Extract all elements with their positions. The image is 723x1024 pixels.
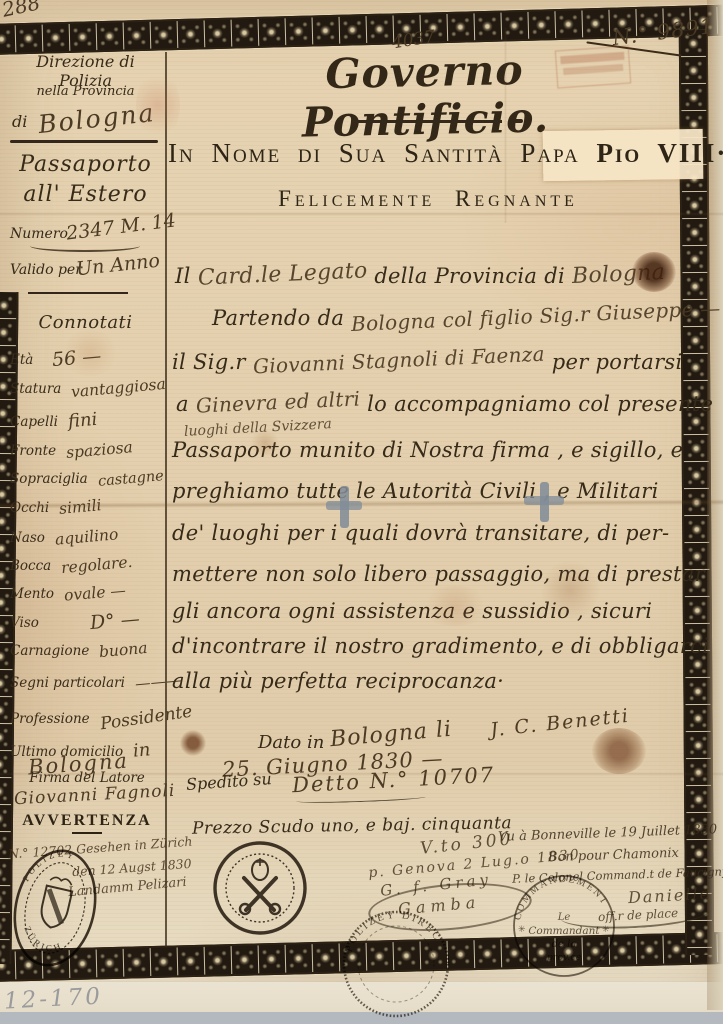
ink-blot-3 bbox=[180, 730, 206, 756]
body-line-11: alla più perfetta reciprocanza· bbox=[172, 669, 504, 693]
tape-repair-left-h bbox=[326, 501, 362, 510]
sidebar-rule-2 bbox=[28, 292, 128, 294]
faded-stamp-smudge2 bbox=[563, 64, 623, 75]
pencil-number: 12-170 bbox=[3, 983, 103, 1014]
trait-row-naso: Naso aquilino bbox=[10, 527, 162, 546]
zurich-stamp-bottom-text: ZÜRICH bbox=[18, 923, 68, 957]
avvertenza-title: AVVERTENZA bbox=[8, 812, 166, 830]
ink-blot-1 bbox=[632, 252, 676, 292]
bologna-police-stamp bbox=[212, 840, 308, 936]
title-rule-dot bbox=[514, 119, 523, 123]
dato-label: Dato in bbox=[258, 732, 324, 753]
fold-crease-vertical bbox=[504, 28, 507, 223]
invocation-line2: Felicemente Regnante bbox=[168, 186, 688, 212]
invocation-line1: In Nome di Sua Santità Papa Pio VIII· bbox=[168, 138, 713, 169]
valido-label: Valido per bbox=[10, 262, 82, 278]
sidebar-rule-1 bbox=[10, 140, 158, 143]
command-inner-2: Commandant bbox=[528, 925, 600, 937]
body-line-4: a Ginevra ed altri lo accompagniamo col … bbox=[176, 392, 713, 416]
trait-row-bocca: Bocca regolare. bbox=[10, 555, 162, 574]
trait-row-segni: Segni particolari ——— bbox=[10, 672, 162, 691]
body-line-5: Passaporto munito di Nostra firma , e si… bbox=[172, 438, 683, 462]
body-line-1: Il Card.le Legato della Provincia di Bol… bbox=[175, 264, 665, 289]
body-line-2: Partendo da Bologna col figlio Sig.r Giu… bbox=[212, 306, 721, 330]
trait-row-carnagione: Carnagione buona bbox=[10, 640, 162, 659]
doc-type-line2: all' Estero bbox=[8, 182, 163, 207]
trait-row-capelli: Capelli fini bbox=[10, 410, 162, 431]
zurich-stamp-top-text: POLIZEY bbox=[20, 840, 79, 892]
svg-text:POLIZEY: POLIZEY bbox=[20, 840, 79, 892]
command-star-right: ✳ bbox=[602, 925, 610, 935]
faded-stamp-smudge bbox=[560, 52, 624, 64]
trait-row-statura: Statura vantaggiosa bbox=[10, 378, 162, 397]
avvertenza-rule bbox=[72, 832, 102, 834]
invocation-pope: Pio VIII· bbox=[596, 138, 723, 168]
trait-row-professione: Professione Possidente bbox=[10, 708, 162, 728]
trait-row-mento: Mento ovale — bbox=[10, 583, 162, 602]
command-star-left: ✳ bbox=[518, 925, 526, 935]
stain-smudge-4 bbox=[540, 560, 600, 620]
command-inner-3: de la bbox=[552, 939, 577, 950]
svg-text:POLIZEY DIREC: POLIZEY DIREC bbox=[344, 910, 444, 954]
doc-type-line1: Passaporto bbox=[8, 152, 163, 177]
numero-flourish bbox=[30, 240, 140, 252]
body-line-3: il Sig.r Giovanni Stagnoli di Faenza per… bbox=[172, 350, 683, 374]
commandement-stamp: COMMANDEMENT ✳ ✳ Le Commandant de la pro… bbox=[506, 868, 622, 984]
ink-blot-2 bbox=[592, 728, 646, 774]
tape-repair-right-h bbox=[524, 496, 564, 505]
trait-row-viso: Viso D° — bbox=[10, 610, 162, 632]
stain-smudge-1 bbox=[136, 70, 180, 140]
body-line-8: mettere non solo libero passaggio, ma di… bbox=[172, 562, 705, 586]
title-rule bbox=[352, 120, 502, 123]
body-line-7: de' luoghi per i quali dovrà transitare,… bbox=[172, 521, 669, 545]
stain-smudge-5 bbox=[250, 430, 280, 456]
faded-stamp bbox=[555, 45, 631, 88]
svg-text:ZÜRICH: ZÜRICH bbox=[18, 923, 68, 957]
fold-crease-upper bbox=[0, 212, 723, 216]
office-province-prefix: di bbox=[12, 112, 27, 131]
command-inner-1: Le bbox=[557, 912, 571, 923]
polizey-direc-stamp: POLIZEY DIREC bbox=[336, 898, 456, 1010]
passport-document-page: 288 12-170 Direzione di Polizia nella Pr… bbox=[0, 0, 723, 1024]
body-line-10: d'incontrare il nostro gradimento, e di … bbox=[172, 634, 709, 658]
stain-smudge-2 bbox=[420, 586, 490, 626]
trait-row-sopraciglia: Sopraciglia castagne bbox=[10, 468, 162, 487]
polizey-arc-text: POLIZEY DIREC bbox=[344, 910, 444, 954]
trait-row-fronte: Fronte spaziosa bbox=[10, 440, 162, 459]
command-inner-4: prov.ce bbox=[547, 952, 582, 963]
invocation-prefix: In Nome di Sua Santità Papa bbox=[168, 138, 580, 168]
stain-smudge-3 bbox=[60, 330, 120, 376]
